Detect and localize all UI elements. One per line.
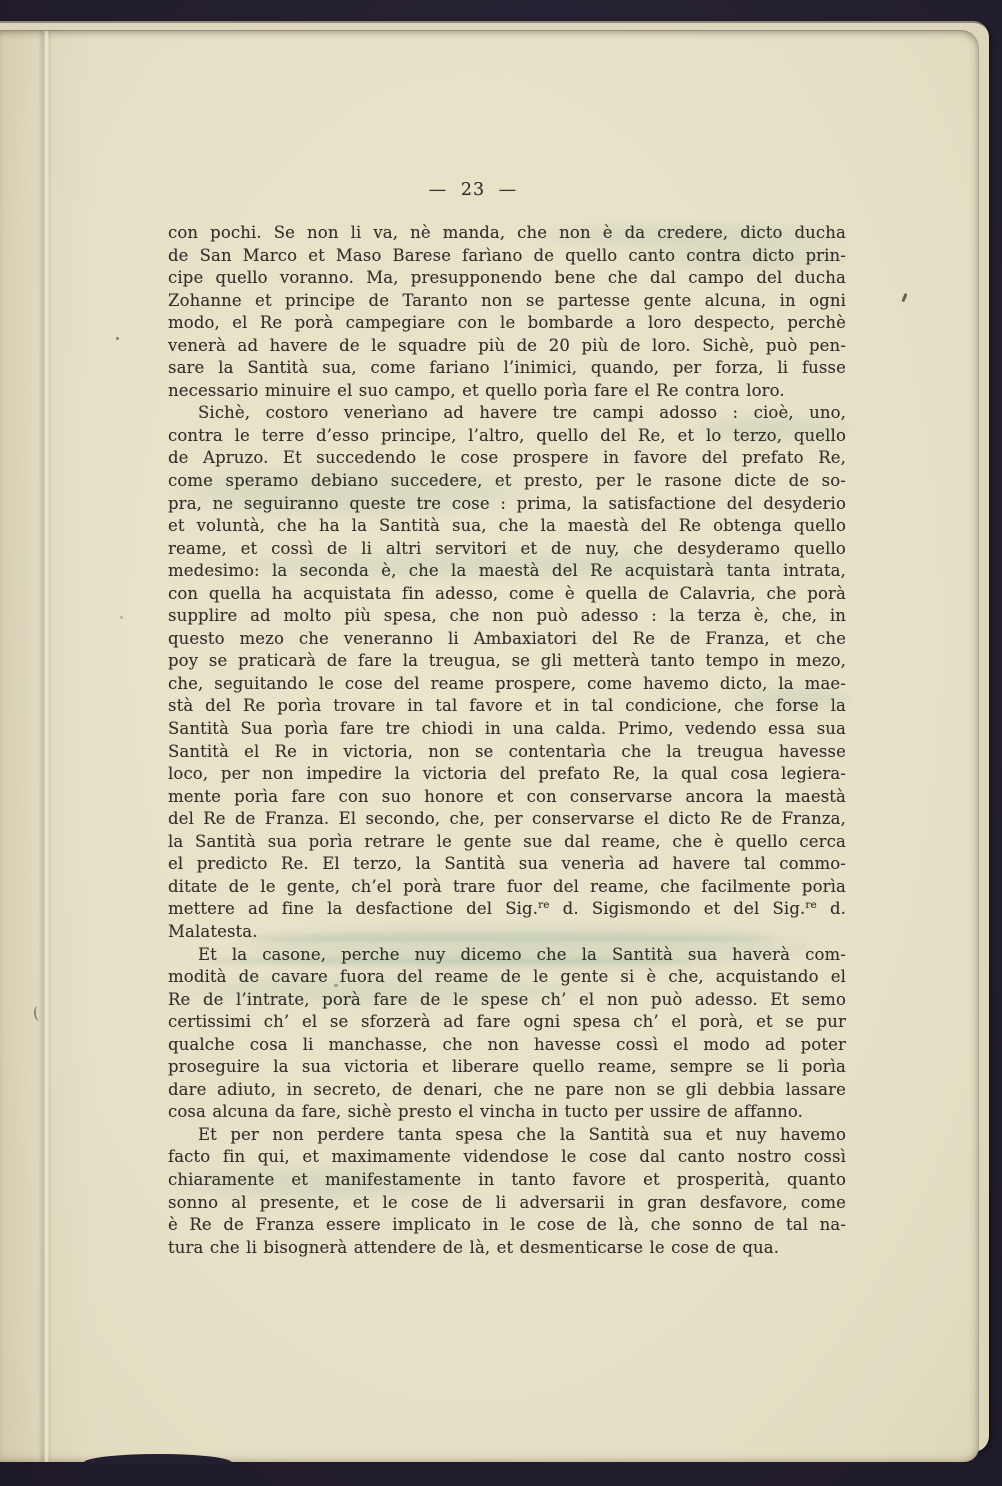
text-line: certissimi ch’ el se sforzerà ad fare og… xyxy=(168,1011,846,1034)
text-line: proseguire la sua victoria et liberare q… xyxy=(168,1056,846,1079)
text-line: è Re de Franza essere implicato in le co… xyxy=(168,1214,846,1237)
text-line: come speramo debiano succedere, et prest… xyxy=(168,470,846,493)
text-line: mente porìa fare con suo honore et con c… xyxy=(168,786,846,809)
text-line: et voluntà, che ha la Santità sua, che l… xyxy=(168,515,846,538)
text-line: la Santità sua porìa retrare le gente su… xyxy=(168,831,846,854)
text-line: dare adiuto, in secreto, de denari, che … xyxy=(168,1079,846,1102)
text-line: Re de l’intrate, porà fare de le spese c… xyxy=(168,989,846,1012)
text-line: Zohanne et principe de Taranto non se pa… xyxy=(168,290,846,313)
scanned-book-photo: { "document": { "page_number": "— 23 —",… xyxy=(0,0,1002,1486)
text-line: Et per non perdere tanta spesa che la Sa… xyxy=(168,1124,846,1147)
ink-speck xyxy=(120,616,123,619)
text-line: che, seguitando le cose del reame prospe… xyxy=(168,673,846,696)
text-line: sare la Santità sua, come fariano l’inim… xyxy=(168,357,846,380)
superscript-abbreviation: re xyxy=(805,899,816,911)
text-block: con pochi. Se non li va, nè manda, che n… xyxy=(168,222,846,1259)
text-line: reame, et cossì de li altri servitori et… xyxy=(168,538,846,561)
text-line: stà del Re porìa trovare in tal favore e… xyxy=(168,695,846,718)
ink-speck xyxy=(116,337,119,340)
text-line: qualche cosa li manchasse, che non haves… xyxy=(168,1034,846,1057)
page-number: — 23 — xyxy=(429,180,517,200)
text-line: questo mezo che veneranno li Ambaxiatori… xyxy=(168,628,846,651)
book-page: — 23 — con pochi. Se non li va, nè manda… xyxy=(0,30,979,1462)
ink-mark xyxy=(901,293,907,302)
text-line: mettere ad fine la desfactione del Sig.r… xyxy=(168,898,846,921)
text-line: loco, per non impedire la victoria del p… xyxy=(168,763,846,786)
text-line: cosa alcuna da fare, sichè presto el vin… xyxy=(168,1101,846,1124)
text-line: medesimo: la seconda è, che la maestà de… xyxy=(168,560,846,583)
text-line: poy se praticarà de fare la treugua, se … xyxy=(168,650,846,673)
text-line: de San Marco et Maso Barese farìano de q… xyxy=(168,245,846,268)
text-line: Sichè, costoro venerìano ad havere tre c… xyxy=(168,402,846,425)
text-line: de Apruzo. Et succedendo le cose prosper… xyxy=(168,447,846,470)
binding-crease xyxy=(38,31,52,1462)
text-line: el predicto Re. El terzo, la Santità sua… xyxy=(168,853,846,876)
text-line: del Re de Franza. El secondo, che, per c… xyxy=(168,808,846,831)
text-line: supplire ad molto più spesa, che non può… xyxy=(168,605,846,628)
text-line: necessario minuire el suo campo, et quel… xyxy=(168,380,846,403)
text-line: Et la casone, perche nuy dicemo che la S… xyxy=(168,944,846,967)
text-line: chiaramente et manifestamente in tanto f… xyxy=(168,1169,846,1192)
text-line: Santità Sua porìa fare tre chiodi in una… xyxy=(168,718,846,741)
text-line: sonno al presente, et le cose de li adve… xyxy=(168,1192,846,1215)
text-line: con quella ha acquistata fin adesso, com… xyxy=(168,583,846,606)
text-line: facto fin qui, et maximamente videndose … xyxy=(168,1146,846,1169)
text-line: ditate de le gente, ch’el porà trare fuo… xyxy=(168,876,846,899)
text-line: Malatesta. xyxy=(168,921,846,944)
text-line: contra le terre d’esso principe, l’altro… xyxy=(168,425,846,448)
text-line: modo, el Re porà campegiare con le bomba… xyxy=(168,312,846,335)
text-line: venerà ad havere de le squadre più de 20… xyxy=(168,335,846,358)
text-line: Santità el Re in victoria, non se conten… xyxy=(168,741,846,764)
text-line: con pochi. Se non li va, nè manda, che n… xyxy=(168,222,846,245)
text-line: modità de cavare fuora del reame de le g… xyxy=(168,966,846,989)
page-edge-notch xyxy=(83,1454,232,1464)
text-line: cipe quello voranno. Ma, presupponendo b… xyxy=(168,267,846,290)
superscript-abbreviation: re xyxy=(538,899,549,911)
text-line: pra, ne seguiranno queste tre cose : pri… xyxy=(168,493,846,516)
text-line: tura che li bisognerà attendere de là, e… xyxy=(168,1237,846,1260)
